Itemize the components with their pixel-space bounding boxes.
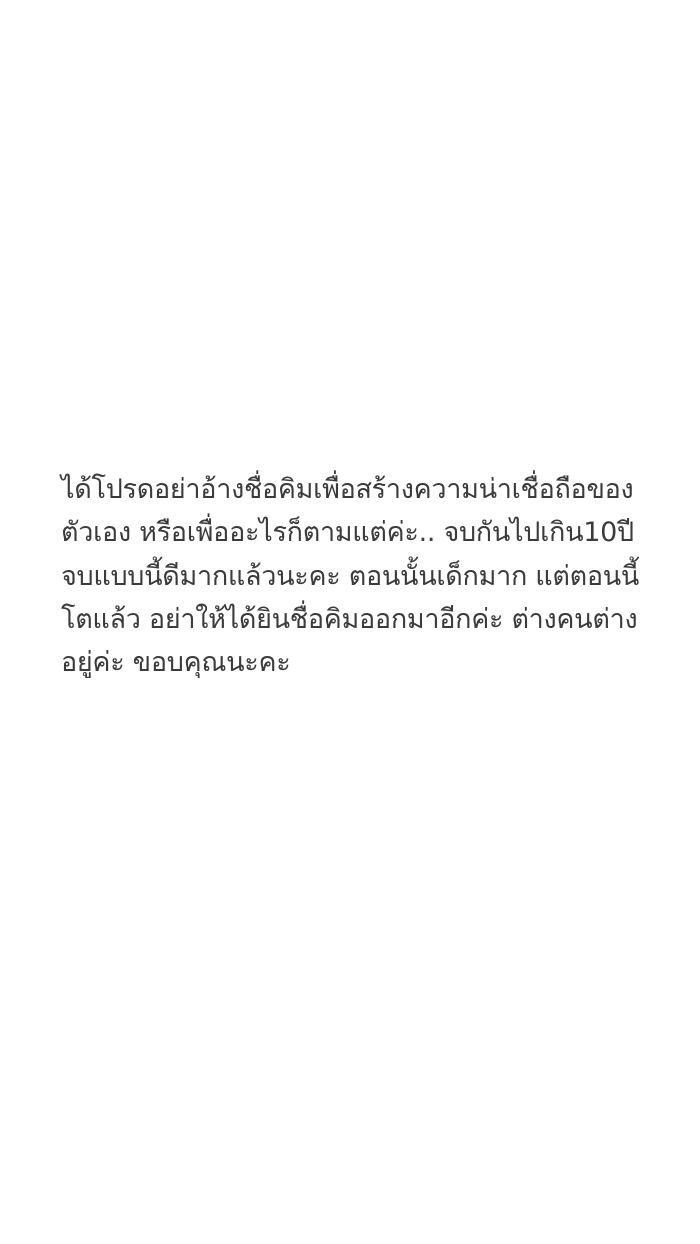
statement-text-block: ได้โปรดอย่าอ้างชื่อคิมเพื่อสร้างความน่าเ…: [61, 468, 651, 684]
statement-line-4: โตแล้ว อย่าให้ได้ยินชื่อคิมออกมาอีกค่ะ ต…: [61, 598, 651, 641]
statement-line-2: ตัวเอง หรือเพื่ออะไรก็ตามแต่ค่ะ.. จบกันไ…: [61, 511, 651, 554]
statement-line-5: อยู่ค่ะ ขอบคุณนะคะ: [61, 641, 651, 684]
statement-line-1: ได้โปรดอย่าอ้างชื่อคิมเพื่อสร้างความน่าเ…: [61, 468, 651, 511]
statement-line-3: จบแบบนี้ดีมากแล้วนะคะ ตอนนั้นเด็กมาก แต่…: [61, 555, 651, 598]
